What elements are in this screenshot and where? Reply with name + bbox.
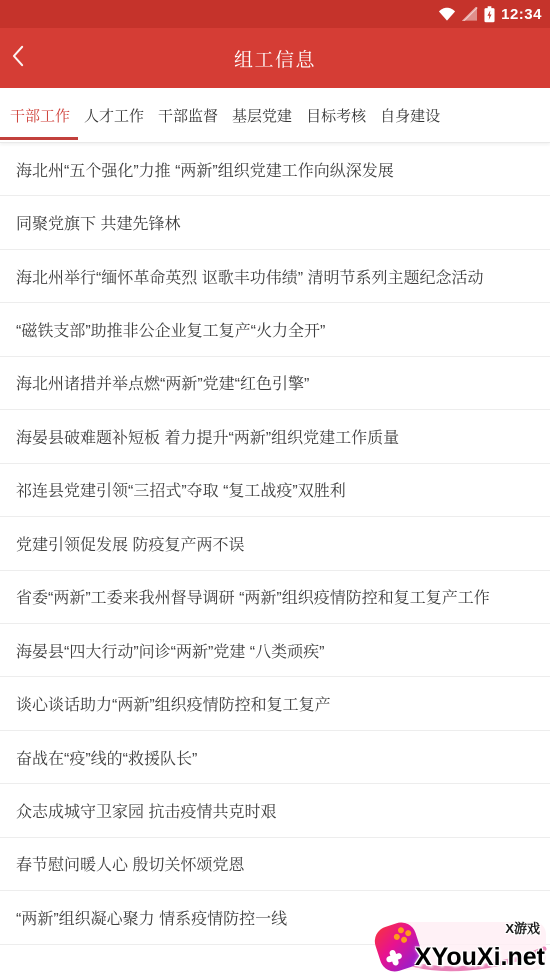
app-header: 组工信息 bbox=[0, 28, 550, 88]
article-title: “两新”组织凝心聚力 情系疫情防控一线 bbox=[16, 906, 540, 929]
article-title: 谈心谈话助力“两新”组织疫情防控和复工复产 bbox=[16, 692, 540, 715]
tab-cadre-supervision[interactable]: 干部监督 bbox=[158, 105, 218, 126]
page-title: 组工信息 bbox=[234, 45, 316, 72]
list-item[interactable]: “两新”组织凝心聚力 情系疫情防控一线 bbox=[0, 891, 550, 944]
article-list: 海北州“五个强化”力推 “两新”组织党建工作向纵深发展 同聚党旗下 共建先锋林 … bbox=[0, 143, 550, 945]
list-item[interactable]: 海晏县破难题补短板 着力提升“两新”组织党建工作质量 bbox=[0, 410, 550, 463]
clock-text: 12:34 bbox=[501, 6, 542, 23]
list-item[interactable]: 海北州举行“缅怀革命英烈 讴歌丰功伟绩” 清明节系列主题纪念活动 bbox=[0, 250, 550, 303]
article-title: “磁铁支部”助推非公企业复工复产“火力全开” bbox=[16, 318, 540, 341]
list-item[interactable]: 海北州诸措并举点燃“两新”党建“红色引擎” bbox=[0, 357, 550, 410]
tab-grassroots-party-building[interactable]: 基层党建 bbox=[232, 105, 292, 126]
list-item[interactable]: 同聚党旗下 共建先锋林 bbox=[0, 196, 550, 249]
list-item[interactable]: 海晏县“四大行动”问诊“两新”党建 “八类顽疾” bbox=[0, 624, 550, 677]
signal-off-icon bbox=[462, 7, 478, 21]
tab-talent-work[interactable]: 人才工作 bbox=[84, 105, 144, 126]
watermark-site-name: XYouXi.net bbox=[415, 943, 545, 972]
article-title: 奋战在“疫”线的“救援队长” bbox=[16, 746, 540, 769]
tab-bar: 干部工作 人才工作 干部监督 基层党建 目标考核 自身建设 bbox=[0, 88, 550, 143]
article-title: 省委“两新”工委来我州督导调研 “两新”组织疫情防控和复工复产工作 bbox=[16, 585, 540, 608]
list-item[interactable]: 党建引领促发展 防疫复产两不误 bbox=[0, 517, 550, 570]
article-title: 海北州举行“缅怀革命英烈 讴歌丰功伟绩” 清明节系列主题纪念活动 bbox=[16, 265, 540, 288]
list-item[interactable]: 奋战在“疫”线的“救援队长” bbox=[0, 731, 550, 784]
app-screen: 12:34 组工信息 干部工作 人才工作 干部监督 基层党建 目标考核 自身建设… bbox=[0, 0, 550, 979]
back-button[interactable] bbox=[12, 28, 48, 88]
article-title: 祁连县党建引领“三招式”夺取 “复工战疫”双胜利 bbox=[16, 478, 540, 501]
article-title: 同聚党旗下 共建先锋林 bbox=[16, 211, 540, 234]
article-title: 众志成城守卫家园 抗击疫情共克时艰 bbox=[16, 799, 540, 822]
tab-target-assessment[interactable]: 目标考核 bbox=[306, 105, 366, 126]
article-title: 海北州诸措并举点燃“两新”党建“红色引擎” bbox=[16, 371, 540, 394]
list-item[interactable]: 省委“两新”工委来我州督导调研 “两新”组织疫情防控和复工复产工作 bbox=[0, 571, 550, 624]
wifi-icon bbox=[438, 7, 456, 21]
article-title: 海晏县破难题补短板 着力提升“两新”组织党建工作质量 bbox=[16, 425, 540, 448]
list-item[interactable]: 春节慰问暖人心 殷切关怀颂党恩 bbox=[0, 838, 550, 891]
article-title: 海晏县“四大行动”问诊“两新”党建 “八类顽疾” bbox=[16, 639, 540, 662]
tab-self-construction[interactable]: 自身建设 bbox=[380, 105, 440, 126]
chevron-left-icon bbox=[12, 45, 25, 72]
article-title: 春节慰问暖人心 殷切关怀颂党恩 bbox=[16, 852, 540, 875]
list-item[interactable]: 祁连县党建引领“三招式”夺取 “复工战疫”双胜利 bbox=[0, 464, 550, 517]
article-title: 海北州“五个强化”力推 “两新”组织党建工作向纵深发展 bbox=[16, 158, 540, 181]
article-title: 党建引领促发展 防疫复产两不误 bbox=[16, 532, 540, 555]
active-tab-underline bbox=[0, 137, 78, 140]
battery-charging-icon bbox=[484, 6, 495, 23]
list-item[interactable]: “磁铁支部”助推非公企业复工复产“火力全开” bbox=[0, 303, 550, 356]
list-item[interactable]: 众志成城守卫家园 抗击疫情共克时艰 bbox=[0, 784, 550, 837]
status-bar: 12:34 bbox=[0, 0, 550, 28]
tab-cadre-work[interactable]: 干部工作 bbox=[10, 105, 70, 126]
list-item[interactable]: 谈心谈话助力“两新”组织疫情防控和复工复产 bbox=[0, 677, 550, 730]
list-item[interactable]: 海北州“五个强化”力推 “两新”组织党建工作向纵深发展 bbox=[0, 143, 550, 196]
